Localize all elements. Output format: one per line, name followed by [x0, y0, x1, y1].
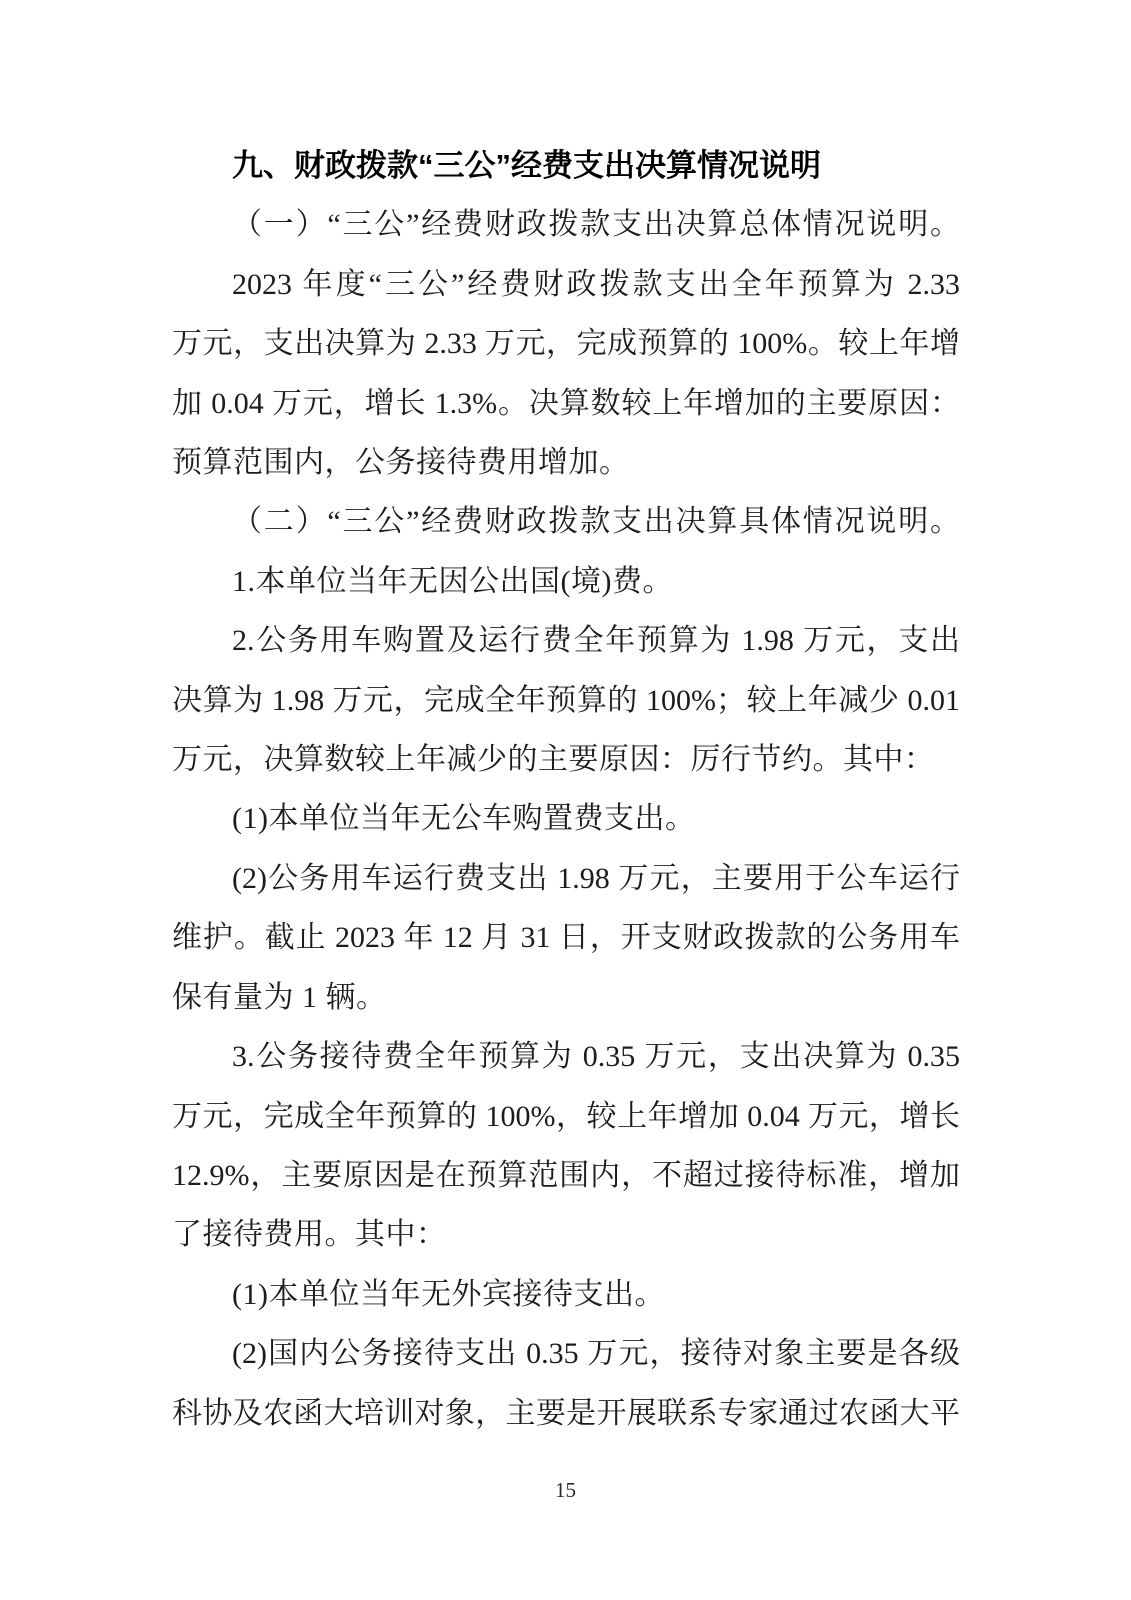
page-number: 15	[0, 1477, 1131, 1503]
text-line: (1)本单位当年无公车购置费支出。	[172, 789, 960, 848]
text-line: 万元，决算数较上年减少的主要原因：厉行节约。其中：	[172, 730, 960, 789]
text-line: 保有量为 1 辆。	[172, 968, 960, 1027]
text-line: 加 0.04 万元，增长 1.3%。决算数较上年增加的主要原因：	[172, 374, 960, 433]
text-line: 万元，支出决算为 2.33 万元，完成预算的 100%。较上年增	[172, 314, 960, 373]
text-line: 决算为 1.98 万元，完成全年预算的 100%；较上年减少 0.01	[172, 671, 960, 730]
section-heading: 九、财政拨款“三公”经费支出决算情况说明	[172, 136, 960, 195]
text-line: 3.公务接待费全年预算为 0.35 万元，支出决算为 0.35	[172, 1027, 960, 1086]
text-line: 2.公务用车购置及运行费全年预算为 1.98 万元，支出	[172, 611, 960, 670]
text-line: 了接待费用。其中：	[172, 1205, 960, 1264]
text-line: (1)本单位当年无外宾接待支出。	[172, 1265, 960, 1324]
text-line: 1.本单位当年无因公出国(境)费。	[172, 552, 960, 611]
text-line: 科协及农函大培训对象，主要是开展联系专家通过农函大平	[172, 1384, 960, 1443]
text-line: （二）“三公”经费财政拨款支出决算具体情况说明。	[172, 492, 960, 551]
text-line: (2)国内公务接待支出 0.35 万元，接待对象主要是各级	[172, 1324, 960, 1383]
text-line: （一）“三公”经费财政拨款支出决算总体情况说明。	[172, 195, 960, 254]
text-line: (2)公务用车运行费支出 1.98 万元，主要用于公车运行	[172, 849, 960, 908]
document-page: 九、财政拨款“三公”经费支出决算情况说明 （一）“三公”经费财政拨款支出决算总体…	[0, 0, 1131, 1600]
text-line: 预算范围内，公务接待费用增加。	[172, 433, 960, 492]
text-column: 九、财政拨款“三公”经费支出决算情况说明 （一）“三公”经费财政拨款支出决算总体…	[172, 136, 960, 1443]
text-line: 维护。截止 2023 年 12 月 31 日，开支财政拨款的公务用车	[172, 908, 960, 967]
text-line: 12.9%，主要原因是在预算范围内，不超过接待标准，增加	[172, 1146, 960, 1205]
text-line: 2023 年度“三公”经费财政拨款支出全年预算为 2.33	[172, 255, 960, 314]
text-line: 万元，完成全年预算的 100%，较上年增加 0.04 万元，增长	[172, 1087, 960, 1146]
